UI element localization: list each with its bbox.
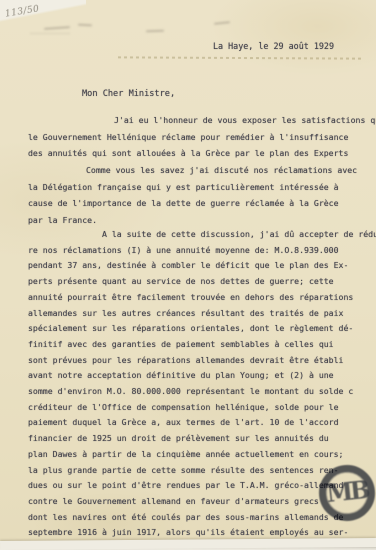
salutation: Mon Cher Ministre, (82, 89, 175, 99)
scan-bottom-background (0, 538, 376, 550)
paragraph-2: Comme vous les savez j'ai discuté nos ré… (28, 162, 368, 228)
stamp-monogram: MB (317, 471, 376, 513)
circular-archive-stamp-icon: MB (316, 462, 376, 524)
paragraph-1: J'ai eu l'honneur de vous exposer les sa… (28, 112, 368, 162)
dateline: La Haye, le 29 août 1929 (213, 41, 334, 51)
paragraph-3: A la suite de cette discussion, j'ai dû … (28, 227, 368, 541)
pencil-smudge (30, 33, 70, 34)
scanned-letter-page: 113/50 La Haye, le 29 août 1929 Mon Cher… (0, 0, 376, 550)
